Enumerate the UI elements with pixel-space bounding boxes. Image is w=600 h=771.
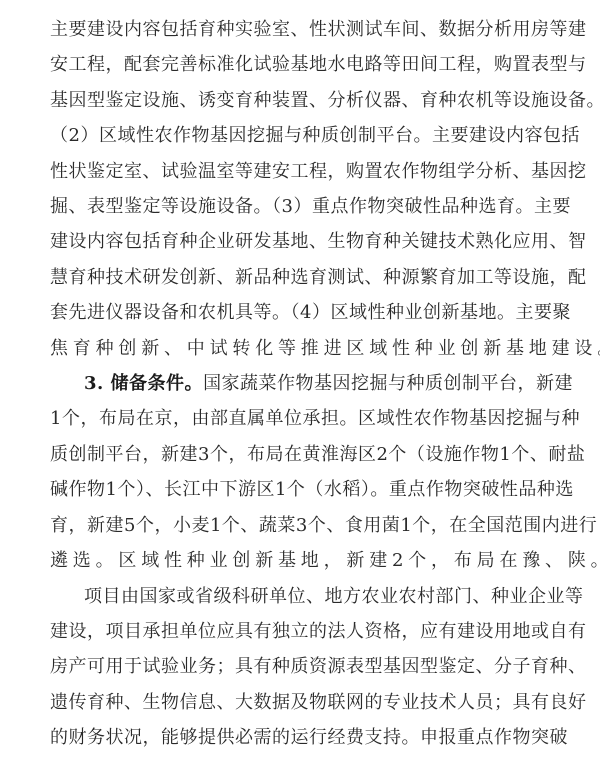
text-line: 建设，项目承担单位应具有独立的法人资格，应有建设用地或自有 xyxy=(50,617,553,647)
text-line: 碱作物1个）、长江中下游区1个（水稻）。重点作物突破性品种选 xyxy=(50,475,553,505)
text-line: 的财务状况，能够提供必需的运行经费支持。申报重点作物突破 xyxy=(50,723,553,753)
text-line: 慧育种技术研发创新、新品种选育测试、种源繁育加工等设施，配 xyxy=(50,263,553,293)
text-line: 3. 储备条件。国家蔬菜作物基因挖掘与种质创制平台，新建 xyxy=(84,369,553,399)
text-line: 遗传育种、生物信息、大数据及物联网的专业技术人员；具有良好 xyxy=(50,688,553,718)
text-line: 基因型鉴定设施、诱变育种装置、分析仪器、育种农机等设施设备。 xyxy=(50,86,553,116)
text-line: 焦育种创新、中试转化等推进区域性种业创新基地建设。 xyxy=(50,334,553,364)
text-line: 项目由国家或省级科研单位、地方农业农村部门、种业企业等 xyxy=(84,582,553,612)
text-line: （2）区域性农作物基因挖掘与种质创制平台。主要建设内容包括 xyxy=(50,121,553,151)
text-line: 建设内容包括育种企业研发基地、生物育种关键技术熟化应用、智 xyxy=(50,227,553,257)
document-page: 主要建设内容包括育种实验室、性状测试车间、数据分析用房等建 安工程，配套完善标准… xyxy=(0,0,600,771)
text-line: 房产可用于试验业务；具有种质资源表型基因型鉴定、分子育种、 xyxy=(50,652,553,682)
text-line: 育，新建5个，小麦1个、蔬菜3个、食用菌1个，在全国范围内进行 xyxy=(50,511,553,541)
text-line: 安工程，配套完善标准化试验基地水电路等田间工程，购置表型与 xyxy=(50,50,553,80)
text-line: 1个，布局在京，由部直属单位承担。区域性农作物基因挖掘与种 xyxy=(50,404,553,434)
text-line: 主要建设内容包括育种实验室、性状测试车间、数据分析用房等建 xyxy=(50,15,553,45)
text-line: 遴选。区域性种业创新基地，新建2个，布局在豫、陕。 xyxy=(50,546,553,576)
text-span: 国家蔬菜作物基因挖掘与种质创制平台，新建 xyxy=(203,373,573,394)
text-line: 套先进仪器设备和农机具等。（4）区域性种业创新基地。主要聚 xyxy=(50,298,553,328)
text-line: 质创制平台，新建3个，布局在黄淮海区2个（设施作物1个、耐盐 xyxy=(50,440,553,470)
section-heading: 3. 储备条件。 xyxy=(84,373,203,394)
text-line: 性状鉴定室、试验温室等建安工程，购置农作物组学分析、基因挖 xyxy=(50,157,553,187)
text-line: 掘、表型鉴定等设施设备。（3）重点作物突破性品种选育。主要 xyxy=(50,192,553,222)
